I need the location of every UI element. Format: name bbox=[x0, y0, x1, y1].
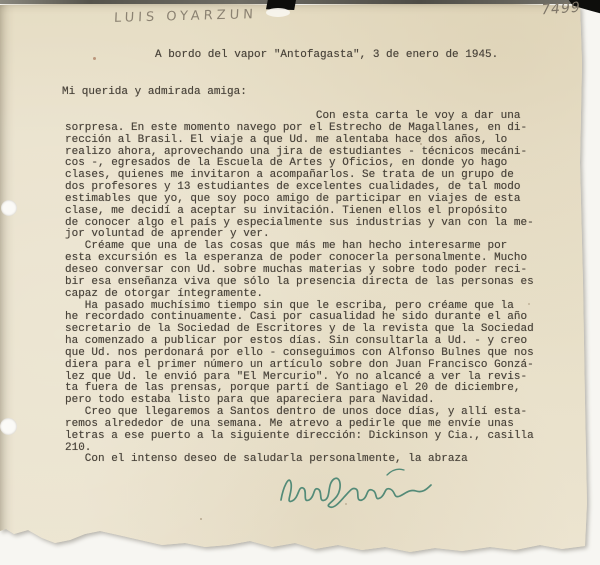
letter-salutation: Mi querida y admirada amiga: bbox=[62, 86, 247, 98]
signature-scribble-icon bbox=[274, 464, 438, 514]
ink-speck bbox=[93, 57, 96, 60]
scanned-letter-page: Luis Oyarzun 7499 A bordo del vapor "Ant… bbox=[0, 0, 600, 565]
paper-blotch bbox=[266, 8, 290, 17]
archive-number-annotation: 7499 bbox=[540, 0, 582, 18]
punch-hole-top bbox=[1, 200, 17, 216]
punch-hole-bottom bbox=[0, 418, 17, 435]
letter-body: Con esta carta le voy a dar una sorpresa… bbox=[65, 111, 534, 466]
letter-dateline: A bordo del vapor "Antofagasta", 3 de en… bbox=[155, 49, 498, 61]
paper-speck bbox=[200, 518, 202, 520]
scan-edge-strip bbox=[0, 0, 600, 4]
signature bbox=[274, 464, 438, 514]
